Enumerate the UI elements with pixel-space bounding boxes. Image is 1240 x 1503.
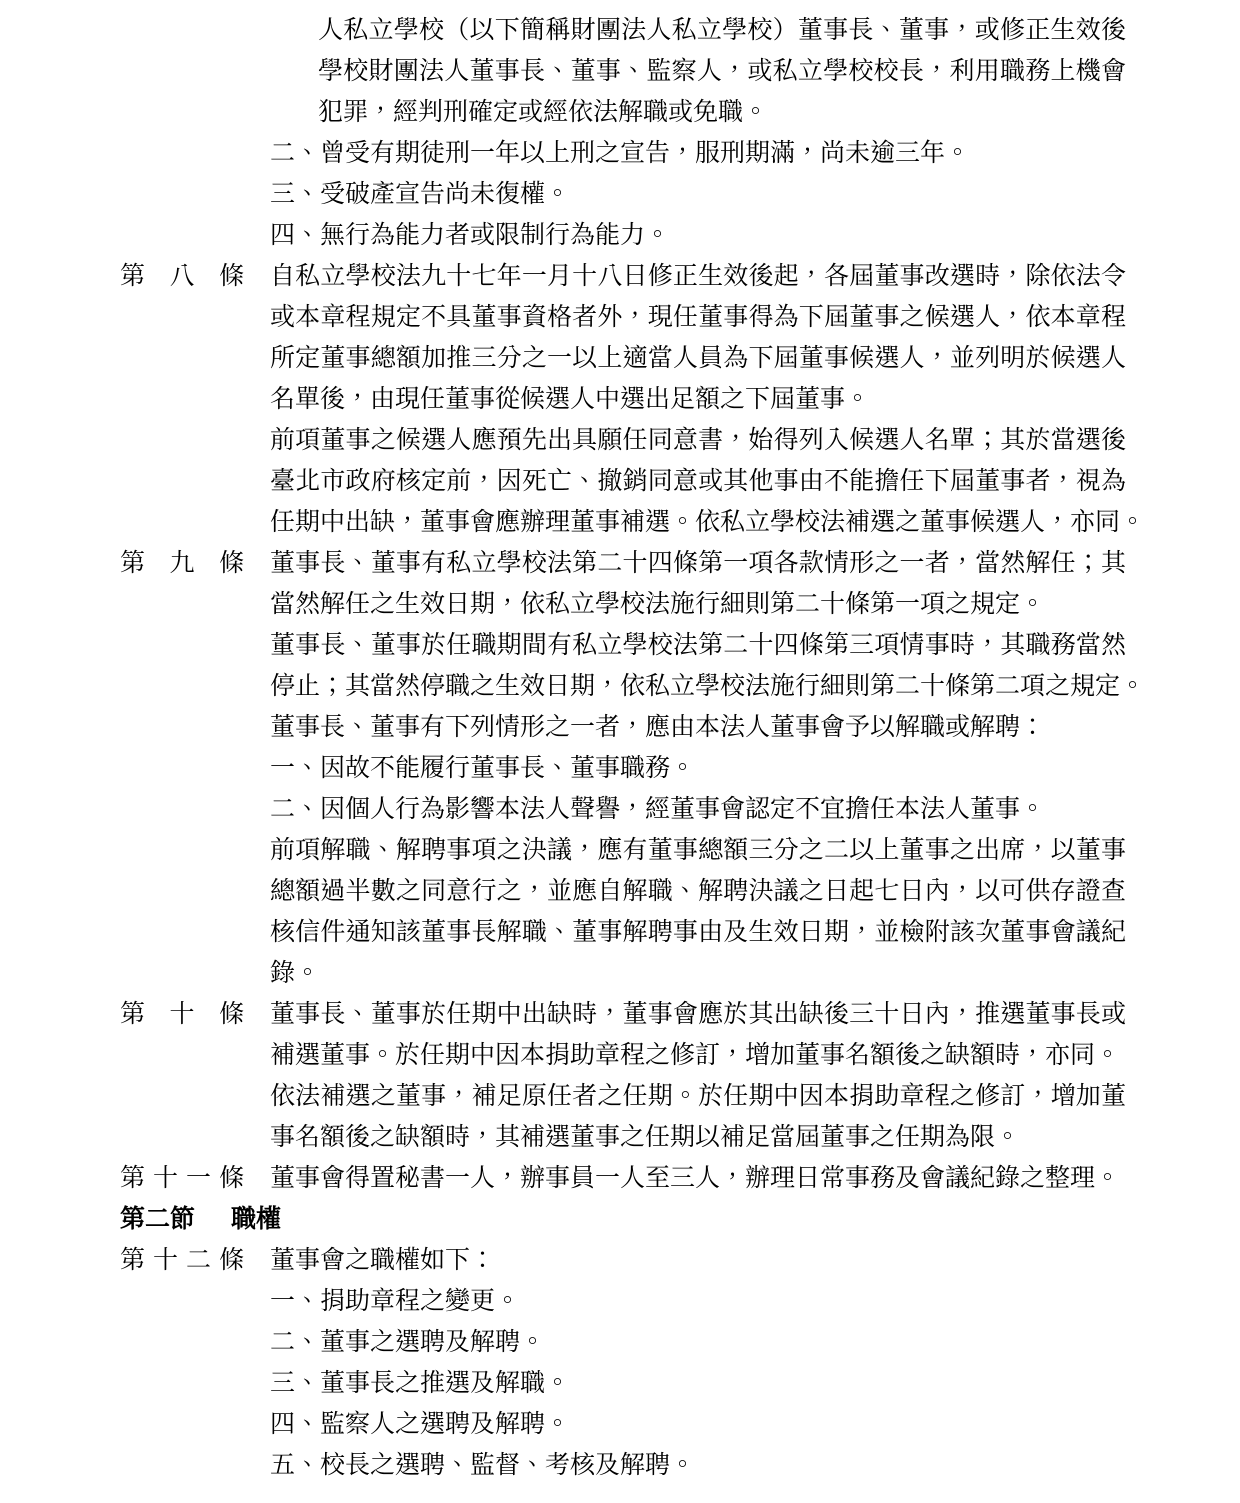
article-paragraph: 董事長、董事有下列情形之一者，應由本法人董事會予以解職或解聘：: [270, 707, 1126, 748]
article-paragraph: 前項解職、解聘事項之決議，應有董事總額三分之二以上董事之出席，以董事 總額過半數…: [270, 830, 1126, 994]
text-line: 總額過半數之同意行之，並應自解職、解聘決議之日起七日內，以可供存證查: [270, 871, 1126, 912]
list-item: 一、因故不能履行董事長、董事職務。: [270, 748, 1126, 789]
article-row: 第九條 董事長、董事有私立學校法第二十四條第一項各款情形之一者，當然解任；其 當…: [120, 543, 1240, 625]
article-row: 第十條 董事長、董事於任期中出缺時，董事會應於其出缺後三十日內，推選董事長或 補…: [120, 994, 1240, 1076]
article-text: 董事會之職權如下：: [270, 1240, 1126, 1281]
article-number-label: 第十一條: [120, 1158, 244, 1199]
article-number-label: 第十條: [120, 994, 244, 1076]
text-line: 董事會之職權如下：: [270, 1240, 1126, 1281]
text-line: 依法補選之董事，補足原任者之任期。於任期中因本捐助章程之修訂，增加董: [270, 1076, 1126, 1117]
article-row: 第八條 自私立學校法九十七年一月十八日修正生效後起，各屆董事改選時，除依法令 或…: [120, 256, 1240, 420]
text-line: 當然解任之生效日期，依私立學校法施行細則第二十條第一項之規定。: [270, 584, 1126, 625]
text-line: 核信件通知該董事長解職、董事解聘事由及生效日期，並檢附該次董事會議紀: [270, 912, 1126, 953]
text-line: 補選董事。於任期中因本捐助章程之修訂，增加董事名額後之缺額時，亦同。: [270, 1035, 1126, 1076]
text-line: 臺北市政府核定前，因死亡、撤銷同意或其他事由不能擔任下屆董事者，視為: [270, 461, 1126, 502]
section-title: 職權: [231, 1205, 281, 1233]
text-line: 董事長、董事有私立學校法第二十四條第一項各款情形之一者，當然解任；其: [270, 543, 1126, 584]
text-line: 所定董事總額加推三分之一以上適當人員為下屆董事候選人，並列明於候選人: [270, 338, 1126, 379]
list-item: 二、董事之選聘及解聘。: [270, 1322, 1126, 1363]
list-item: 五、校長之選聘、監督、考核及解聘。: [270, 1445, 1126, 1486]
text-line: 董事會得置秘書一人，辦事員一人至三人，辦理日常事務及會議紀錄之整理。: [270, 1158, 1126, 1199]
article-number-label: 第九條: [120, 543, 244, 625]
text-line: 學校財團法人董事長、董事、監察人，或私立學校校長，利用職務上機會: [318, 51, 1126, 92]
article-number-label: 第十二條: [120, 1240, 244, 1281]
list-item-continuation: 人私立學校（以下簡稱財團法人私立學校）董事長、董事，或修正生效後 學校財團法人董…: [318, 10, 1126, 133]
article-number-label: 第八條: [120, 256, 244, 420]
document-page: 人私立學校（以下簡稱財團法人私立學校）董事長、董事，或修正生效後 學校財團法人董…: [0, 0, 1240, 1503]
article-paragraph: 前項董事之候選人應預先出具願任同意書，始得列入候選人名單；其於當選後 臺北市政府…: [270, 420, 1126, 543]
section-heading: 第二節職權: [120, 1199, 1240, 1240]
text-line: 停止；其當然停職之生效日期，依私立學校法施行細則第二十條第二項之規定。: [270, 666, 1126, 707]
text-line: 名單後，由現任董事從候選人中選出足額之下屆董事。: [270, 379, 1126, 420]
list-item: 二、因個人行為影響本法人聲譽，經董事會認定不宜擔任本法人董事。: [270, 789, 1126, 830]
article-paragraph: 依法補選之董事，補足原任者之任期。於任期中因本捐助章程之修訂，增加董 事名額後之…: [270, 1076, 1126, 1158]
text-line: 任期中出缺，董事會應辦理董事補選。依私立學校法補選之董事候選人，亦同。: [270, 502, 1126, 543]
article-row: 第十二條 董事會之職權如下：: [120, 1240, 1240, 1281]
text-line: 人私立學校（以下簡稱財團法人私立學校）董事長、董事，或修正生效後: [318, 10, 1126, 51]
text-line: 前項解職、解聘事項之決議，應有董事總額三分之二以上董事之出席，以董事: [270, 830, 1126, 871]
article-row: 第十一條 董事會得置秘書一人，辦事員一人至三人，辦理日常事務及會議紀錄之整理。: [120, 1158, 1240, 1199]
article-text: 自私立學校法九十七年一月十八日修正生效後起，各屆董事改選時，除依法令 或本章程規…: [270, 256, 1126, 420]
text-line: 事名額後之缺額時，其補選董事之任期以補足當屆董事之任期為限。: [270, 1117, 1126, 1158]
document-text-area: 人私立學校（以下簡稱財團法人私立學校）董事長、董事，或修正生效後 學校財團法人董…: [0, 0, 1240, 1486]
list-item: 一、捐助章程之變更。: [270, 1281, 1126, 1322]
article-text: 董事長、董事於任期中出缺時，董事會應於其出缺後三十日內，推選董事長或 補選董事。…: [270, 994, 1126, 1076]
text-line: 錄。: [270, 953, 1126, 994]
article-text: 董事長、董事有私立學校法第二十四條第一項各款情形之一者，當然解任；其 當然解任之…: [270, 543, 1126, 625]
text-line: 自私立學校法九十七年一月十八日修正生效後起，各屆董事改選時，除依法令: [270, 256, 1126, 297]
list-item: 三、董事長之推選及解職。: [270, 1363, 1126, 1404]
article-paragraph: 董事長、董事於任職期間有私立學校法第二十四條第三項情事時，其職務當然 停止；其當…: [270, 625, 1126, 707]
section-number: 第二節: [120, 1205, 195, 1233]
list-item: 四、無行為能力者或限制行為能力。: [270, 215, 1126, 256]
text-line: 董事長、董事於任職期間有私立學校法第二十四條第三項情事時，其職務當然: [270, 625, 1126, 666]
list-item: 三、受破產宣告尚未復權。: [270, 174, 1126, 215]
text-line: 犯罪，經判刑確定或經依法解職或免職。: [318, 92, 1126, 133]
text-line: 前項董事之候選人應預先出具願任同意書，始得列入候選人名單；其於當選後: [270, 420, 1126, 461]
article-text: 董事會得置秘書一人，辦事員一人至三人，辦理日常事務及會議紀錄之整理。: [270, 1158, 1126, 1199]
text-line: 董事長、董事於任期中出缺時，董事會應於其出缺後三十日內，推選董事長或: [270, 994, 1126, 1035]
text-line: 或本章程規定不具董事資格者外，現任董事得為下屆董事之候選人，依本章程: [270, 297, 1126, 338]
list-item: 四、監察人之選聘及解聘。: [270, 1404, 1126, 1445]
list-item: 二、曾受有期徒刑一年以上刑之宣告，服刑期滿，尚未逾三年。: [270, 133, 1126, 174]
